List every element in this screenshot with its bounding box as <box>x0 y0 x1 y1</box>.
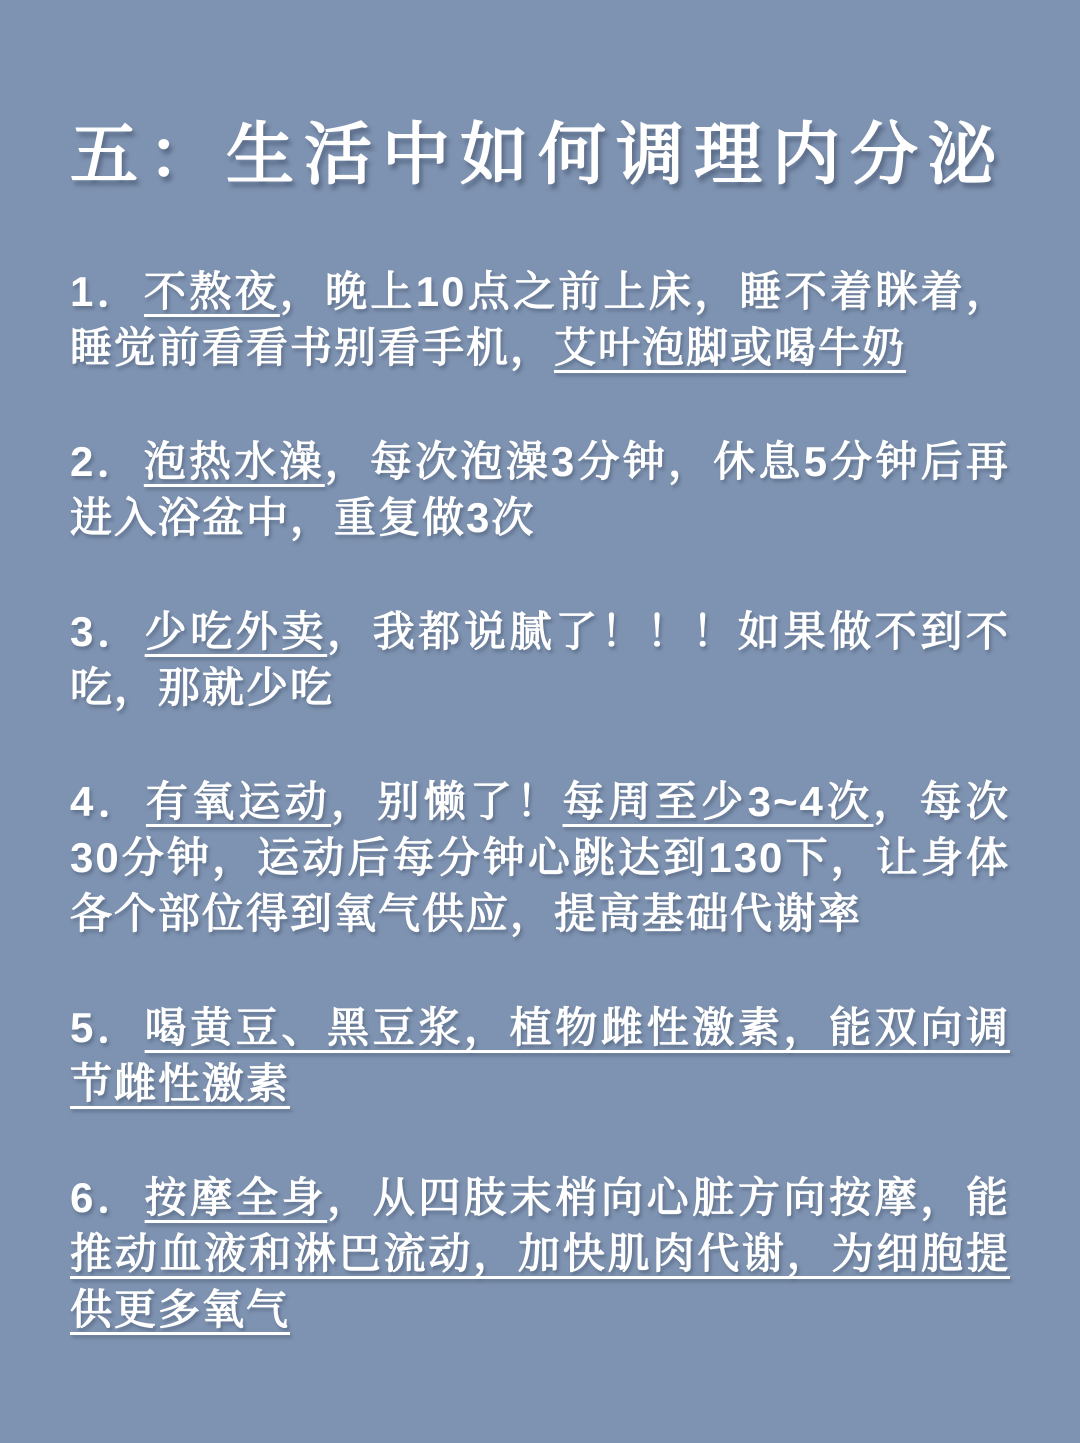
tip-highlight-text: 少吃外卖 <box>145 608 328 655</box>
tip-highlight-text: 不熬夜 <box>144 268 280 315</box>
tip-item: 1．不熬夜，晚上10点之前上床，睡不着眯着，睡觉前看看书别看手机，艾叶泡脚或喝牛… <box>70 264 1010 376</box>
tip-text: ，别懒了！ <box>331 778 562 825</box>
tip-number: 2． <box>70 438 144 485</box>
tip-item: 5．喝黄豆、黑豆浆，植物雌性激素，能双向调节雌性激素 <box>70 1000 1010 1112</box>
tip-highlight-text: 推动血液和淋巴流动，加快肌肉代谢，为细胞提供更多氧气 <box>70 1230 1010 1333</box>
tip-highlight-text: 按摩全身 <box>145 1174 328 1221</box>
tip-item: 3．少吃外卖，我都说腻了！！！如果做不到不吃，那就少吃 <box>70 604 1010 716</box>
tip-number: 1． <box>70 268 144 315</box>
tip-highlight-text: 有氧运动 <box>146 778 331 825</box>
tip-highlight-text: 每周至少3~4次 <box>562 778 873 825</box>
page-title: 五：生活中如何调理内分泌 <box>70 116 1010 194</box>
tip-number: 4． <box>70 778 146 825</box>
tips-list: 1．不熬夜，晚上10点之前上床，睡不着眯着，睡觉前看看书别看手机，艾叶泡脚或喝牛… <box>70 264 1010 1338</box>
tip-highlight-text: 艾叶泡脚或喝牛奶 <box>554 324 906 371</box>
tip-number: 3． <box>70 608 145 655</box>
tip-text: ，从四肢末梢向心脏方向按摩，能 <box>327 1174 1010 1221</box>
tip-item: 2．泡热水澡，每次泡澡3分钟，休息5分钟后再进入浴盆中，重复做3次 <box>70 434 1010 546</box>
tip-highlight-text: 泡热水澡 <box>144 438 325 485</box>
tip-number: 5． <box>70 1004 145 1051</box>
tip-number: 6． <box>70 1174 145 1221</box>
infographic-card: 五：生活中如何调理内分泌 1．不熬夜，晚上10点之前上床，睡不着眯着，睡觉前看看… <box>0 0 1080 1443</box>
tip-highlight-text: 喝黄豆、黑豆浆，植物雌性激素，能双向调节雌性激素 <box>70 1004 1010 1107</box>
tip-item: 6．按摩全身，从四肢末梢向心脏方向按摩，能推动血液和淋巴流动，加快肌肉代谢，为细… <box>70 1170 1010 1338</box>
tip-item: 4．有氧运动，别懒了！每周至少3~4次，每次30分钟，运动后每分钟心跳达到130… <box>70 774 1010 942</box>
